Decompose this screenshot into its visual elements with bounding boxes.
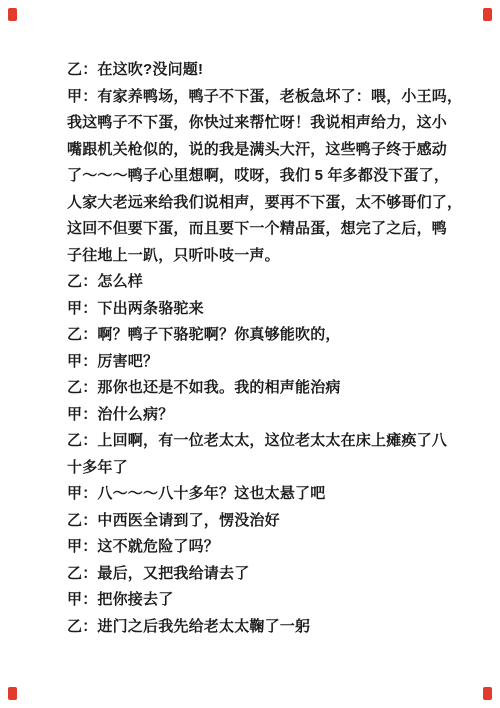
script-line: 乙：啊？鸭子下骆驼啊？你真够能吹的，: [67, 322, 460, 349]
script-line: 甲：有家养鸭场，鸭子不下蛋，老板急坏了：喂，小王吗，: [67, 84, 460, 111]
document-page: 乙：在这吹?没问题! 甲：有家养鸭场，鸭子不下蛋，老板急坏了：喂，小王吗， 我这…: [0, 0, 500, 708]
script-line: 乙：那你也还是不如我。我的相声能治病: [67, 375, 460, 402]
script-line: 乙：怎么样: [67, 269, 460, 296]
red-corner-mark-top-right: [483, 8, 492, 21]
script-line: 我这鸭子不下蛋，你快过来帮忙呀！我说相声给力，这小: [67, 110, 460, 137]
script-line: 乙：最后，又把我给请去了: [67, 561, 460, 588]
script-line: 甲：这不就危险了吗？: [67, 534, 460, 561]
script-line: 了～～～鸭子心里想啊，哎呀，我们 5 年多都没下蛋了，: [67, 163, 460, 190]
red-corner-mark-bottom-left: [8, 687, 17, 700]
script-line: 十多年了: [67, 455, 460, 482]
script-line: 甲：八～～～八十多年？这也太悬了吧: [67, 481, 460, 508]
script-line: 乙：上回啊，有一位老太太，这位老太太在床上瘫痪了八: [67, 428, 460, 455]
red-corner-mark-top-left: [8, 8, 17, 21]
script-line: 甲：下出两条骆驼来: [67, 296, 460, 323]
script-line: 这回不但要下蛋，而且要下一个精品蛋，想完了之后，鸭: [67, 216, 460, 243]
script-line: 甲：把你接去了: [67, 587, 460, 614]
script-line: 乙：中西医全请到了，愣没治好: [67, 508, 460, 535]
script-line: 人家大老远来给我们说相声，要再不下蛋，太不够哥们了，: [67, 190, 460, 217]
script-line: 甲：厉害吧？: [67, 349, 460, 376]
script-line: 子往地上一趴，只听卟吱一声。: [67, 243, 460, 270]
crosstalk-script: 乙：在这吹?没问题! 甲：有家养鸭场，鸭子不下蛋，老板急坏了：喂，小王吗， 我这…: [67, 57, 460, 640]
script-line: 嘴跟机关枪似的，说的我是满头大汗，这些鸭子终于感动: [67, 137, 460, 164]
script-line: 乙：在这吹?没问题!: [67, 57, 460, 84]
script-line: 乙：进门之后我先给老太太鞠了一躬: [67, 614, 460, 641]
red-corner-mark-bottom-right: [483, 687, 492, 700]
script-line: 甲：治什么病？: [67, 402, 460, 429]
